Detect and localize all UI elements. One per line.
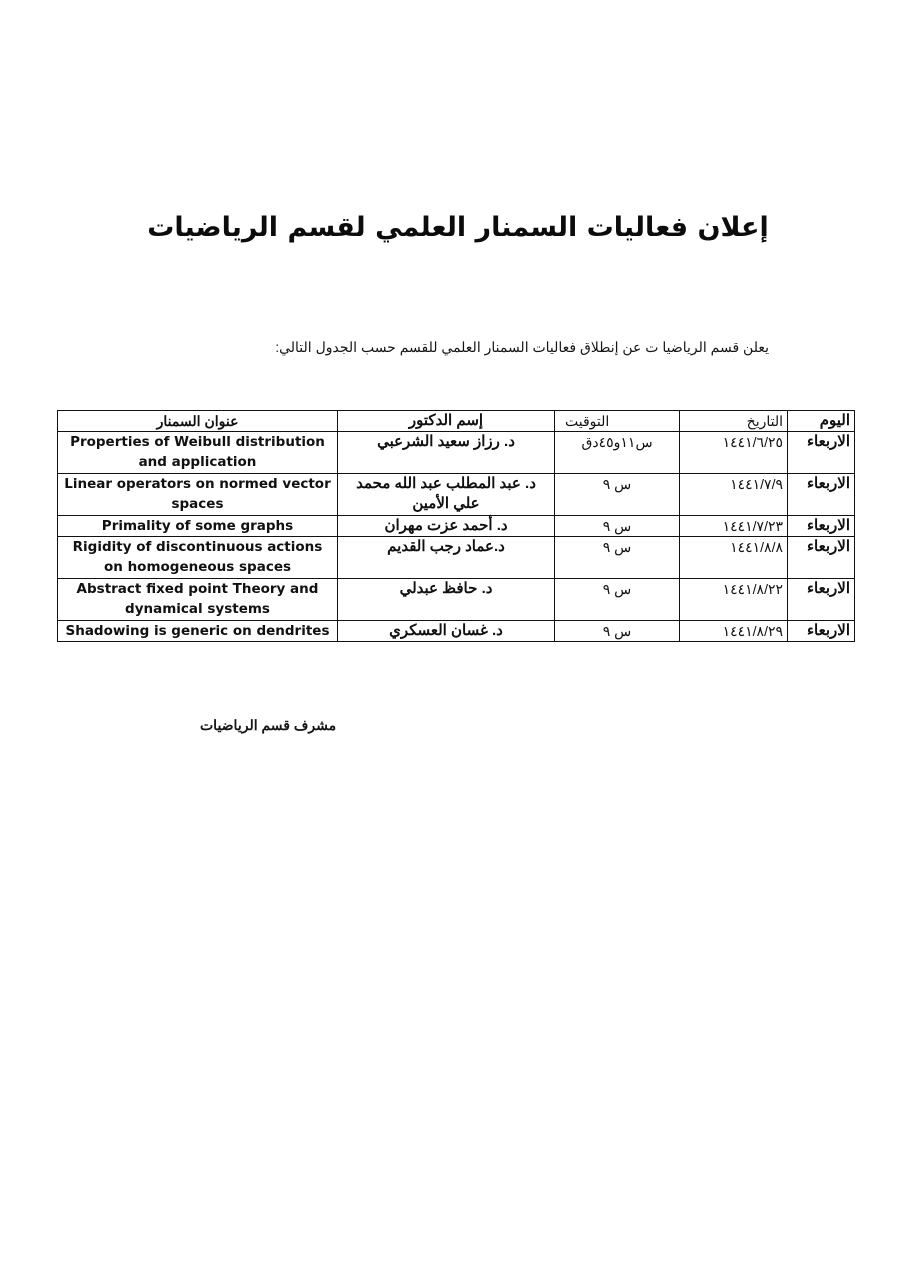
header-day: اليوم xyxy=(788,411,855,432)
table-row: الاربعاء ١٤٤١/٨/٢٩ س ٩ د. غسان العسكري S… xyxy=(58,621,855,642)
cell-topic: Rigidity of discontinuous actions on hom… xyxy=(58,537,338,579)
cell-day: الاربعاء xyxy=(788,537,855,579)
header-time: التوقيت xyxy=(555,411,680,432)
table-header-row: اليوم التاريخ التوقيت إسم الدكتور عنوان … xyxy=(58,411,855,432)
cell-date: ١٤٤١/٨/٢٩ xyxy=(680,621,788,642)
table-row: الاربعاء ١٤٤١/٦/٢٥ س١١و٤٥دق د. رزاز سعيد… xyxy=(58,432,855,474)
table-row: الاربعاء ١٤٤١/٧/٢٣ س ٩ د. أحمد عزت مهران… xyxy=(58,516,855,537)
cell-doctor: د. عبد المطلب عبد الله محمد علي الأمين xyxy=(338,474,555,516)
header-doctor: إسم الدكتور xyxy=(338,411,555,432)
cell-topic: Shadowing is generic on dendrites xyxy=(58,621,338,642)
cell-date: ١٤٤١/٧/٩ xyxy=(680,474,788,516)
cell-time: س ٩ xyxy=(555,621,680,642)
document-title-text: إعلان فعاليات السمنار العلمي لقسم الرياض… xyxy=(147,212,769,243)
cell-day: الاربعاء xyxy=(788,432,855,474)
cell-time: س ٩ xyxy=(555,579,680,621)
table-row: الاربعاء ١٤٤١/٨/٨ س ٩ د.عماد رجب القديم … xyxy=(58,537,855,579)
cell-doctor: د. أحمد عزت مهران xyxy=(338,516,555,537)
intro-paragraph: يعلن قسم الرياضيا ت عن إنطلاق فعاليات ال… xyxy=(275,339,769,356)
table-row: الاربعاء ١٤٤١/٧/٩ س ٩ د. عبد المطلب عبد … xyxy=(58,474,855,516)
cell-topic: Abstract fixed point Theory and dynamica… xyxy=(58,579,338,621)
cell-doctor: د. رزاز سعيد الشرعبي xyxy=(338,432,555,474)
cell-date: ١٤٤١/٨/٨ xyxy=(680,537,788,579)
cell-topic: Linear operators on normed vector spaces xyxy=(58,474,338,516)
cell-time: س ٩ xyxy=(555,516,680,537)
cell-time: س ٩ xyxy=(555,474,680,516)
cell-topic: Properties of Weibull distribution and a… xyxy=(58,432,338,474)
seminar-schedule-table: اليوم التاريخ التوقيت إسم الدكتور عنوان … xyxy=(57,410,855,642)
signature-line: مشرف قسم الرياضيات xyxy=(200,717,336,734)
cell-doctor: د. حافظ عبدلي xyxy=(338,579,555,621)
cell-date: ١٤٤١/٨/٢٢ xyxy=(680,579,788,621)
cell-day: الاربعاء xyxy=(788,579,855,621)
cell-topic: Primality of some graphs xyxy=(58,516,338,537)
cell-doctor: د.عماد رجب القديم xyxy=(338,537,555,579)
cell-day: الاربعاء xyxy=(788,474,855,516)
document-title: إعلان فعاليات السمنار العلمي لقسم الرياض… xyxy=(0,212,904,243)
cell-day: الاربعاء xyxy=(788,621,855,642)
header-topic: عنوان السمنار xyxy=(58,411,338,432)
cell-doctor: د. غسان العسكري xyxy=(338,621,555,642)
header-date: التاريخ xyxy=(680,411,788,432)
cell-time: س ٩ xyxy=(555,537,680,579)
table-row: الاربعاء ١٤٤١/٨/٢٢ س ٩ د. حافظ عبدلي Abs… xyxy=(58,579,855,621)
cell-day: الاربعاء xyxy=(788,516,855,537)
cell-date: ١٤٤١/٧/٢٣ xyxy=(680,516,788,537)
cell-time: س١١و٤٥دق xyxy=(555,432,680,474)
cell-date: ١٤٤١/٦/٢٥ xyxy=(680,432,788,474)
